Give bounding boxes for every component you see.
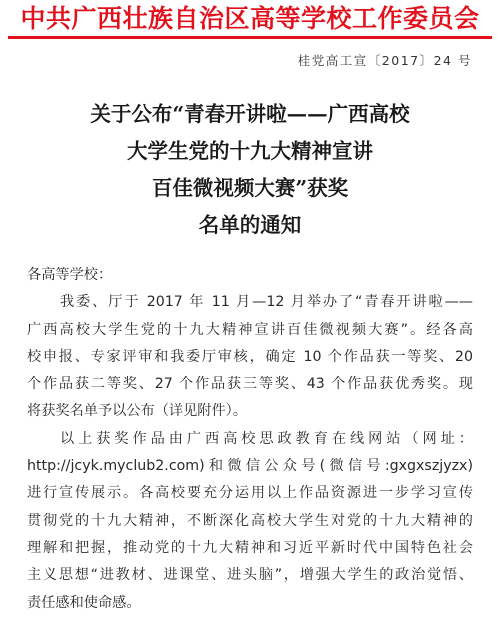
red-divider-line [8, 36, 492, 39]
body-line: 我委、厅于 2017 年 11 月—12 月举办了“青春开讲啦—— [27, 289, 473, 316]
body-line: 责任感和使命感。 [27, 590, 473, 617]
paragraph-promotion: 以上获奖作品由广西高校思政教育在线网站（网址： http://jcyk.mycl… [27, 426, 473, 617]
document-number: 桂党高工宣〔2017〕24 号 [298, 52, 472, 70]
body-line: 进行宣传展示。各高校要充分运用以上作品资源进一步学习宣传 [27, 480, 473, 507]
title-line: 关于公布“青春开讲啦——广西高校 [0, 96, 500, 133]
body-line: 个作品获二等奖、27 个作品获三等奖、43 个作品获优秀奖。现 [27, 371, 473, 398]
body-line-with-url: http://jcyk.myclub2.com)和微信公众号(微信号:gxgxs… [27, 453, 473, 480]
document-title: 关于公布“青春开讲啦——广西高校 大学生党的十九大精神宣讲 百佳微视频大赛”获奖… [0, 96, 500, 244]
body-line: 校申报、专家评审和我委厅审核，确定 10 个作品获一等奖、20 [27, 344, 473, 371]
body-line: 将获奖名单予以公布（详见附件）。 [27, 398, 473, 425]
issuing-organization-header: 中共广西壮族自治区高等学校工作委员会 [0, 4, 500, 34]
body-line: 以上获奖作品由广西高校思政教育在线网站（网址： [27, 426, 473, 453]
body-line: 贯彻党的十九大精神，不断深化高校大学生对党的十九大精神的 [27, 508, 473, 535]
paragraph-announcement: 我委、厅于 2017 年 11 月—12 月举办了“青春开讲啦—— 广西高校大学… [27, 289, 473, 425]
body-line: 主义思想“进教材、进课堂、进头脑”，增强大学生的政治觉悟、 [27, 562, 473, 589]
title-line: 百佳微视频大赛”获奖 [0, 170, 500, 207]
body-line: 广西高校大学生党的十九大精神宣讲百佳微视频大赛”。经各高 [27, 317, 473, 344]
title-line: 大学生党的十九大精神宣讲 [0, 133, 500, 170]
document-body: 各高等学校： 我委、厅于 2017 年 11 月—12 月举办了“青春开讲啦——… [27, 262, 473, 617]
body-line: 理解和把握，推动党的十九大精神和习近平新时代中国特色社会 [27, 535, 473, 562]
title-line: 名单的通知 [0, 207, 500, 244]
salutation: 各高等学校： [27, 262, 473, 289]
